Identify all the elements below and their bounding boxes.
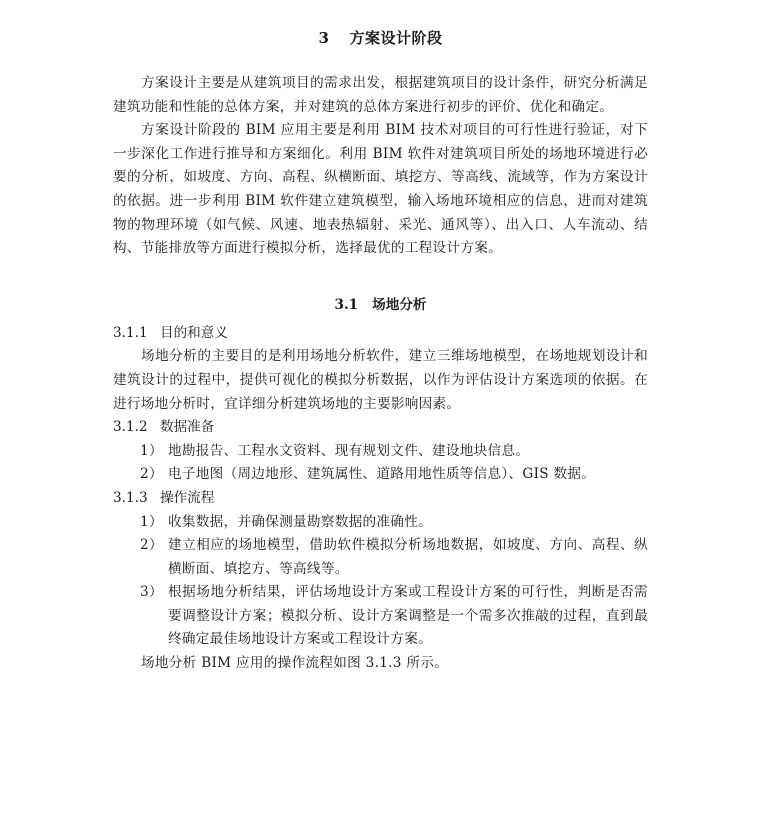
section-title-text: 场地分析 bbox=[372, 297, 426, 313]
list-item-text: 收集数据，并确保测量勘察数据的准确性。 bbox=[168, 514, 432, 530]
list-marker: 1） bbox=[140, 440, 163, 464]
document-page: 3方案设计阶段 方案设计主要是从建筑项目的需求出发，根据建筑项目的设计条件，研究… bbox=[113, 26, 648, 676]
intro-paragraph-1: 方案设计主要是从建筑项目的需求出发，根据建筑项目的设计条件，研究分析满足建筑功能… bbox=[113, 72, 648, 119]
subsection-title-workflow: 3.1.3操作流程 bbox=[113, 487, 648, 511]
list-item-text: 电子地图（周边地形、建筑属性、道路用地性质等信息）、GIS 数据。 bbox=[168, 466, 595, 482]
list-item: 1）收集数据，并确保测量勘察数据的准确性。 bbox=[113, 511, 648, 535]
chapter-title-text: 方案设计阶段 bbox=[349, 29, 442, 47]
list-item: 1）地勘报告、工程水文资料、现有规划文件、建设地块信息。 bbox=[113, 440, 648, 464]
chapter-number: 3 bbox=[319, 29, 330, 47]
subsection-title-purpose: 3.1.1目的和意义 bbox=[113, 322, 648, 346]
closing-paragraph: 场地分析 BIM 应用的操作流程如图 3.1.3 所示。 bbox=[113, 652, 648, 676]
subsection-title-text: 目的和意义 bbox=[160, 325, 228, 341]
purpose-paragraph: 场地分析的主要目的是利用场地分析软件，建立三维场地模型，在场地规划设计和建筑设计… bbox=[113, 345, 648, 416]
section-title: 3.1场地分析 bbox=[113, 293, 648, 317]
list-marker: 1） bbox=[140, 511, 163, 535]
workflow-list: 1）收集数据，并确保测量勘察数据的准确性。 2）建立相应的场地模型，借助软件模拟… bbox=[113, 511, 648, 653]
subsection-title-text: 数据准备 bbox=[160, 419, 214, 435]
subsection-number: 3.1.1 bbox=[113, 322, 160, 346]
list-item-text: 地勘报告、工程水文资料、现有规划文件、建设地块信息。 bbox=[168, 443, 529, 459]
list-marker: 3） bbox=[140, 581, 163, 605]
chapter-title: 3方案设计阶段 bbox=[113, 26, 648, 50]
intro-paragraph-2: 方案设计阶段的 BIM 应用主要是利用 BIM 技术对项目的可行性进行验证，对下… bbox=[113, 119, 648, 261]
subsection-title-data-prep: 3.1.2数据准备 bbox=[113, 416, 648, 440]
section-number: 3.1 bbox=[334, 297, 358, 313]
data-prep-list: 1）地勘报告、工程水文资料、现有规划文件、建设地块信息。 2）电子地图（周边地形… bbox=[113, 440, 648, 487]
subsection-number: 3.1.2 bbox=[113, 416, 160, 440]
list-item: 3）根据场地分析结果，评估场地设计方案或工程设计方案的可行性，判断是否需要调整设… bbox=[113, 581, 648, 652]
list-marker: 2） bbox=[140, 534, 163, 558]
list-item: 2）建立相应的场地模型，借助软件模拟分析场地数据，如坡度、方向、高程、纵横断面、… bbox=[113, 534, 648, 581]
list-item: 2）电子地图（周边地形、建筑属性、道路用地性质等信息）、GIS 数据。 bbox=[113, 463, 648, 487]
list-item-text: 建立相应的场地模型，借助软件模拟分析场地数据，如坡度、方向、高程、纵横断面、填挖… bbox=[168, 537, 648, 577]
subsection-number: 3.1.3 bbox=[113, 487, 160, 511]
list-marker: 2） bbox=[140, 463, 163, 487]
list-item-text: 根据场地分析结果，评估场地设计方案或工程设计方案的可行性，判断是否需要调整设计方… bbox=[168, 584, 648, 647]
subsection-title-text: 操作流程 bbox=[160, 490, 214, 506]
